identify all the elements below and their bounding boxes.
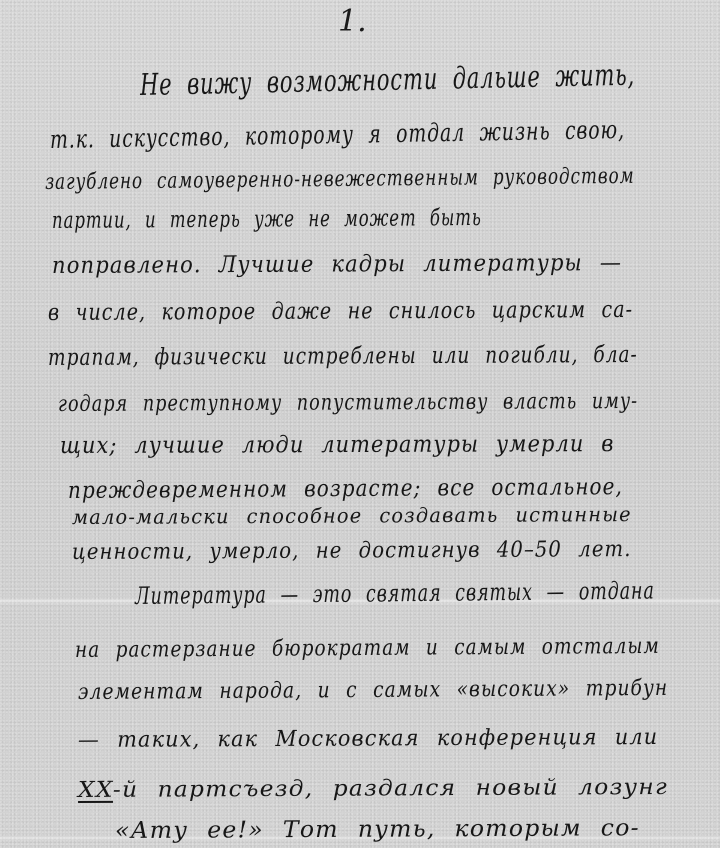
handwritten-line: годаря преступному попустительству власт… xyxy=(58,389,638,417)
manuscript-page: 1. Не вижу возможности дальше жить,т.к. … xyxy=(0,0,720,848)
handwritten-line: поправлено. Лучшие кадры литературы — xyxy=(52,250,622,279)
handwritten-line: щих; лучшие люди литературы умерли в xyxy=(60,431,615,459)
handwritten-line: преждевременном возрасте; все остальное, xyxy=(68,474,623,504)
handwritten-line: загублено самоуверенно-невежественным ру… xyxy=(45,164,635,195)
page-number: 1. xyxy=(338,4,367,39)
handwritten-line: трапам, физически истреблены или погибли… xyxy=(48,342,638,371)
handwritten-line: т.к. искусство, которому я отдал жизнь с… xyxy=(50,115,625,154)
handwritten-line: партии, и теперь уже не может быть xyxy=(52,205,482,234)
handwritten-line: Не вижу возможности дальше жить, xyxy=(140,58,636,103)
handwritten-line: — таких, как Московская конференция или xyxy=(78,725,658,753)
handwritten-line: элементам народа, и с самых «высоких» тр… xyxy=(78,676,668,705)
handwritten-line: «Ату ее!» Тот путь, которым со- xyxy=(115,815,640,844)
underlined-text: XX xyxy=(78,778,113,803)
handwritten-line: мало-мальски способное создавать истинны… xyxy=(72,502,632,529)
handwritten-line: на растерзание бюрократам и самым отстал… xyxy=(75,634,660,663)
handwritten-line: ценности, умерло, не достигнув 40–50 лет… xyxy=(72,537,632,565)
handwritten-line: XX-й партсъезд, раздался новый лозунг xyxy=(78,775,668,803)
handwritten-line: в числе, которое даже не снилось царским… xyxy=(48,297,633,326)
handwritten-line: Литература — это святая святых — отдана xyxy=(135,577,655,610)
